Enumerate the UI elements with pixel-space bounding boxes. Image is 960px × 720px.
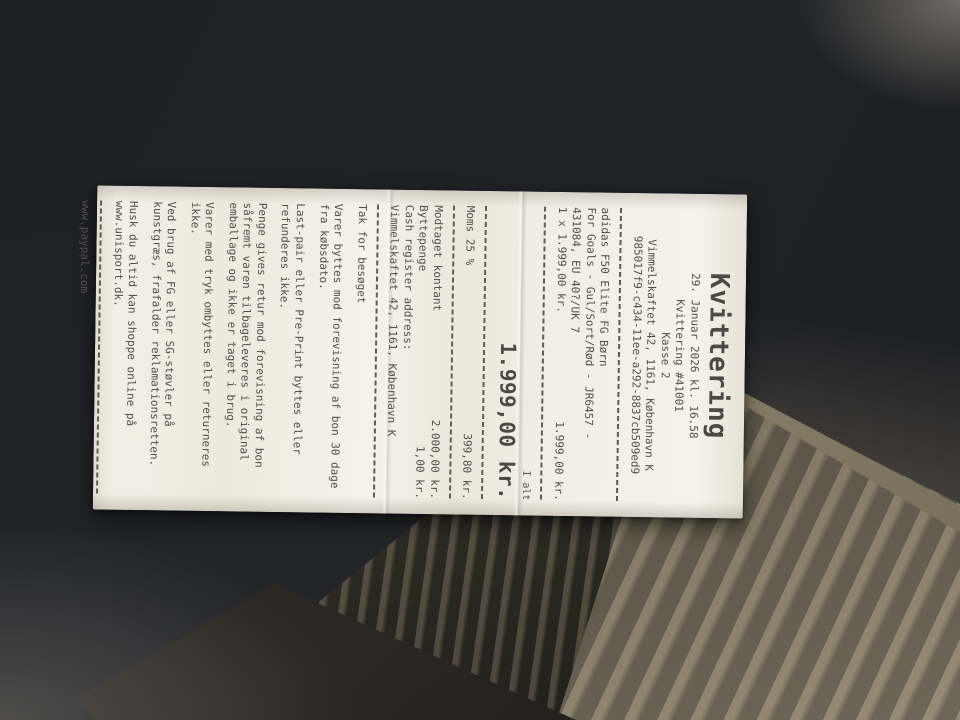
thanks-message: Tak for besøget: [350, 204, 369, 498]
terms-paragraph: Husk du altid kan shoppe online på www.u…: [107, 201, 140, 495]
terms-section: Varer byttes mod forevisning af bon 30 d…: [107, 201, 345, 498]
photo-scene: Kvittering 29. Januar 2026 kl. 16.58 Kvi…: [0, 0, 960, 720]
dashed-divider: [373, 204, 379, 498]
receipt-title: Kvittering: [699, 209, 737, 503]
item-line-total: 1.999,00 kr.: [550, 421, 566, 501]
receipt: Kvittering 29. Januar 2026 kl. 16.58 Kvi…: [93, 185, 747, 518]
payment-label: Modtaget kontant: [429, 205, 445, 311]
terms-paragraph: Penge gives retur mod forevisning af bon…: [221, 202, 269, 497]
line-item: adidas F50 Elite FG Børn For Goals - Gul…: [550, 207, 612, 502]
receipt-header: Kvittering 29. Januar 2026 kl. 16.58 Kvi…: [626, 208, 737, 503]
terms-paragraph: Varer byttes mod forevisning af bon 30 d…: [312, 204, 345, 498]
light-corner-highlight: [780, 0, 960, 120]
item-qty-price: 1 x 1.999,00 kr.: [553, 207, 569, 313]
bottom-left-light: [0, 520, 360, 720]
terms-paragraph: Ved brug af FG eller SG-støvler på kunst…: [145, 201, 178, 495]
vat-row: Moms 25 % 399,80 kr.: [459, 206, 478, 500]
payment-amount: 2.000,00 kr.: [426, 420, 442, 500]
dashed-divider: [481, 206, 487, 500]
change-amount: 1,00 kr.: [412, 446, 427, 499]
dashed-divider: [96, 201, 102, 495]
total-amount: 1.999,00 kr.: [491, 206, 523, 500]
dashed-divider: [449, 205, 455, 499]
dashed-divider: [616, 208, 622, 502]
change-label: Byttepenge: [415, 205, 430, 271]
terms-paragraph: Varer med tryk ombyttes eller returneres…: [183, 202, 216, 496]
dashed-divider: [540, 207, 546, 501]
vat-label: Moms 25 %: [462, 206, 477, 266]
terms-paragraph: Last-pair eller Pre-Print byttes eller r…: [274, 203, 307, 497]
vat-amount: 399,80 kr.: [459, 433, 474, 499]
